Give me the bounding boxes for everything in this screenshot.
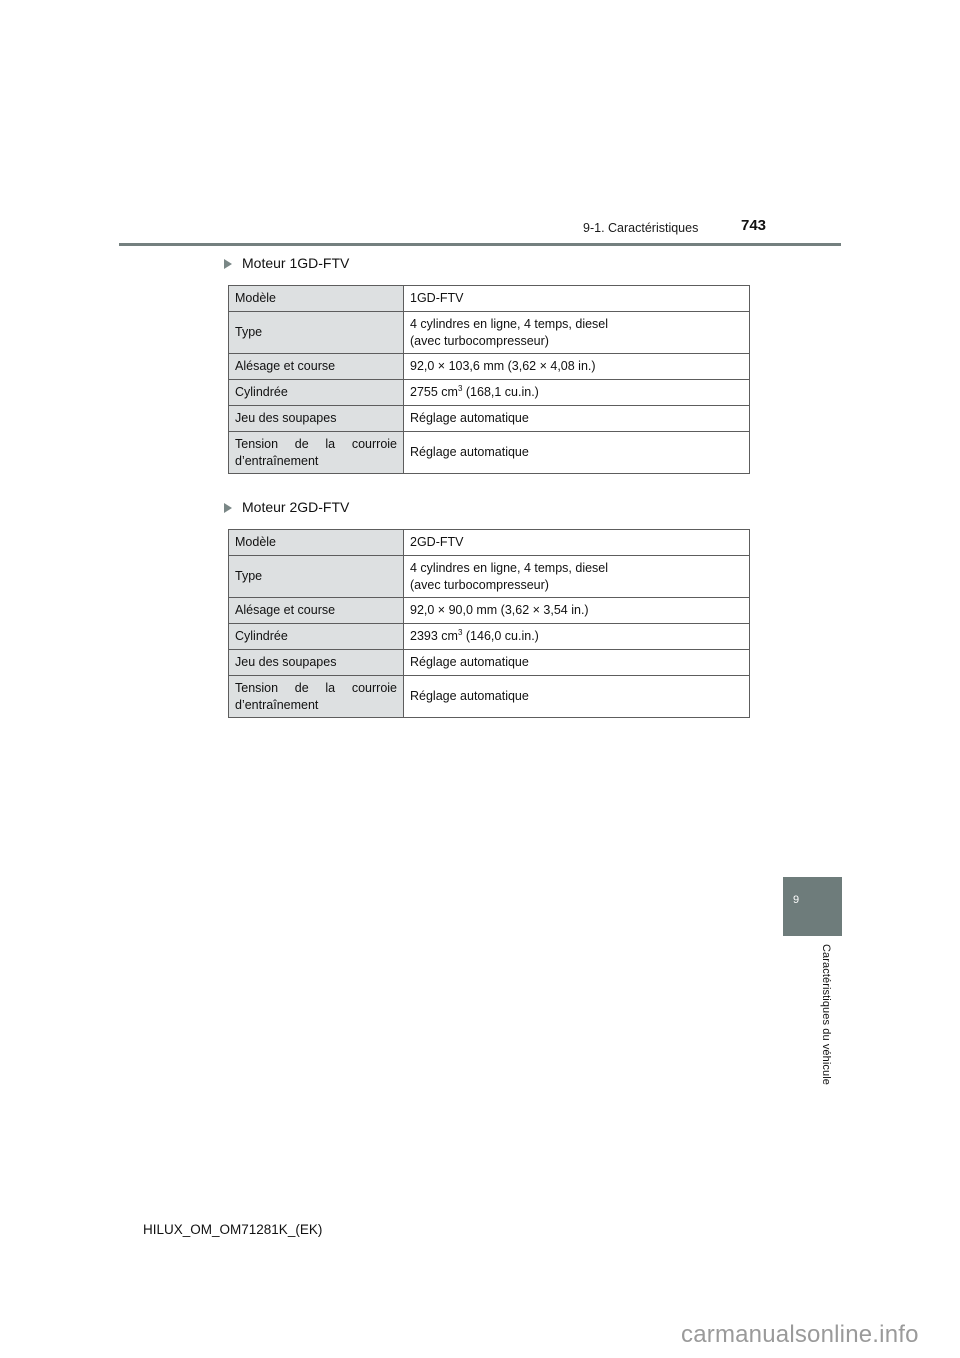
row-value: 1GD-FTV xyxy=(404,286,750,312)
section-heading-text: Moteur 1GD-FTV xyxy=(242,255,349,271)
section-title: 9-1. Caractéristiques xyxy=(583,221,698,235)
table-row: Tension de la courroie d’entraînement Ré… xyxy=(229,432,750,474)
row-label: Modèle xyxy=(229,530,404,556)
row-label: Cylindrée xyxy=(229,380,404,406)
table-row: Alésage et course 92,0 × 103,6 mm (3,62 … xyxy=(229,354,750,380)
value-main: 2755 cm xyxy=(410,385,458,399)
row-label: Alésage et course xyxy=(229,598,404,624)
page-number: 743 xyxy=(741,217,766,234)
table-row: Alésage et course 92,0 × 90,0 mm (3,62 ×… xyxy=(229,598,750,624)
table-row: Cylindrée 2393 cm3 (146,0 cu.in.) xyxy=(229,624,750,650)
row-label: Modèle xyxy=(229,286,404,312)
row-label: Tension de la courroie d’entraînement xyxy=(229,676,404,718)
row-label: Type xyxy=(229,312,404,354)
triangle-bullet-icon xyxy=(224,259,232,269)
row-label: Jeu des soupapes xyxy=(229,406,404,432)
document-code: HILUX_OM_OM71281K_(EK) xyxy=(143,1222,322,1237)
triangle-bullet-icon xyxy=(224,503,232,513)
table-row: Jeu des soupapes Réglage automatique xyxy=(229,406,750,432)
row-value: 4 cylindres en ligne, 4 temps, diesel (a… xyxy=(404,312,750,354)
table-row: Jeu des soupapes Réglage automatique xyxy=(229,650,750,676)
section-heading-2gd: Moteur 2GD-FTV xyxy=(224,499,349,515)
section-heading-text: Moteur 2GD-FTV xyxy=(242,499,349,515)
table-row: Modèle 1GD-FTV xyxy=(229,286,750,312)
table-row: Type 4 cylindres en ligne, 4 temps, dies… xyxy=(229,312,750,354)
table-row: Type 4 cylindres en ligne, 4 temps, dies… xyxy=(229,556,750,598)
row-value: 2GD-FTV xyxy=(404,530,750,556)
header-divider xyxy=(119,243,841,246)
table-row: Modèle 2GD-FTV xyxy=(229,530,750,556)
row-value: Réglage automatique xyxy=(404,650,750,676)
value-line: (avec turbocompresseur) xyxy=(410,333,743,350)
section-heading-1gd: Moteur 1GD-FTV xyxy=(224,255,349,271)
row-label: Type xyxy=(229,556,404,598)
row-label: Jeu des soupapes xyxy=(229,650,404,676)
row-label: Tension de la courroie d’entraînement xyxy=(229,432,404,474)
value-line: 4 cylindres en ligne, 4 temps, diesel xyxy=(410,560,743,577)
row-value: 92,0 × 103,6 mm (3,62 × 4,08 in.) xyxy=(404,354,750,380)
row-value: Réglage automatique xyxy=(404,432,750,474)
spec-table-1gd: Modèle 1GD-FTV Type 4 cylindres en ligne… xyxy=(228,285,750,474)
watermark: carmanualsonline.info xyxy=(681,1321,919,1349)
row-value: 2393 cm3 (146,0 cu.in.) xyxy=(404,624,750,650)
row-value: 92,0 × 90,0 mm (3,62 × 3,54 in.) xyxy=(404,598,750,624)
row-label: Alésage et course xyxy=(229,354,404,380)
row-value: Réglage automatique xyxy=(404,406,750,432)
chapter-title: Caractéristiques du véhicule xyxy=(820,944,832,1085)
value-tail: (168,1 cu.in.) xyxy=(462,385,538,399)
row-value: Réglage automatique xyxy=(404,676,750,718)
value-main: 2393 cm xyxy=(410,629,458,643)
table-row: Cylindrée 2755 cm3 (168,1 cu.in.) xyxy=(229,380,750,406)
spec-table-2gd: Modèle 2GD-FTV Type 4 cylindres en ligne… xyxy=(228,529,750,718)
chapter-number: 9 xyxy=(793,894,799,906)
row-value: 4 cylindres en ligne, 4 temps, diesel (a… xyxy=(404,556,750,598)
table-row: Tension de la courroie d’entraînement Ré… xyxy=(229,676,750,718)
row-label: Cylindrée xyxy=(229,624,404,650)
chapter-tab[interactable]: 9 xyxy=(783,877,842,936)
value-line: 4 cylindres en ligne, 4 temps, diesel xyxy=(410,316,743,333)
row-value: 2755 cm3 (168,1 cu.in.) xyxy=(404,380,750,406)
value-line: (avec turbocompresseur) xyxy=(410,577,743,594)
value-tail: (146,0 cu.in.) xyxy=(462,629,538,643)
